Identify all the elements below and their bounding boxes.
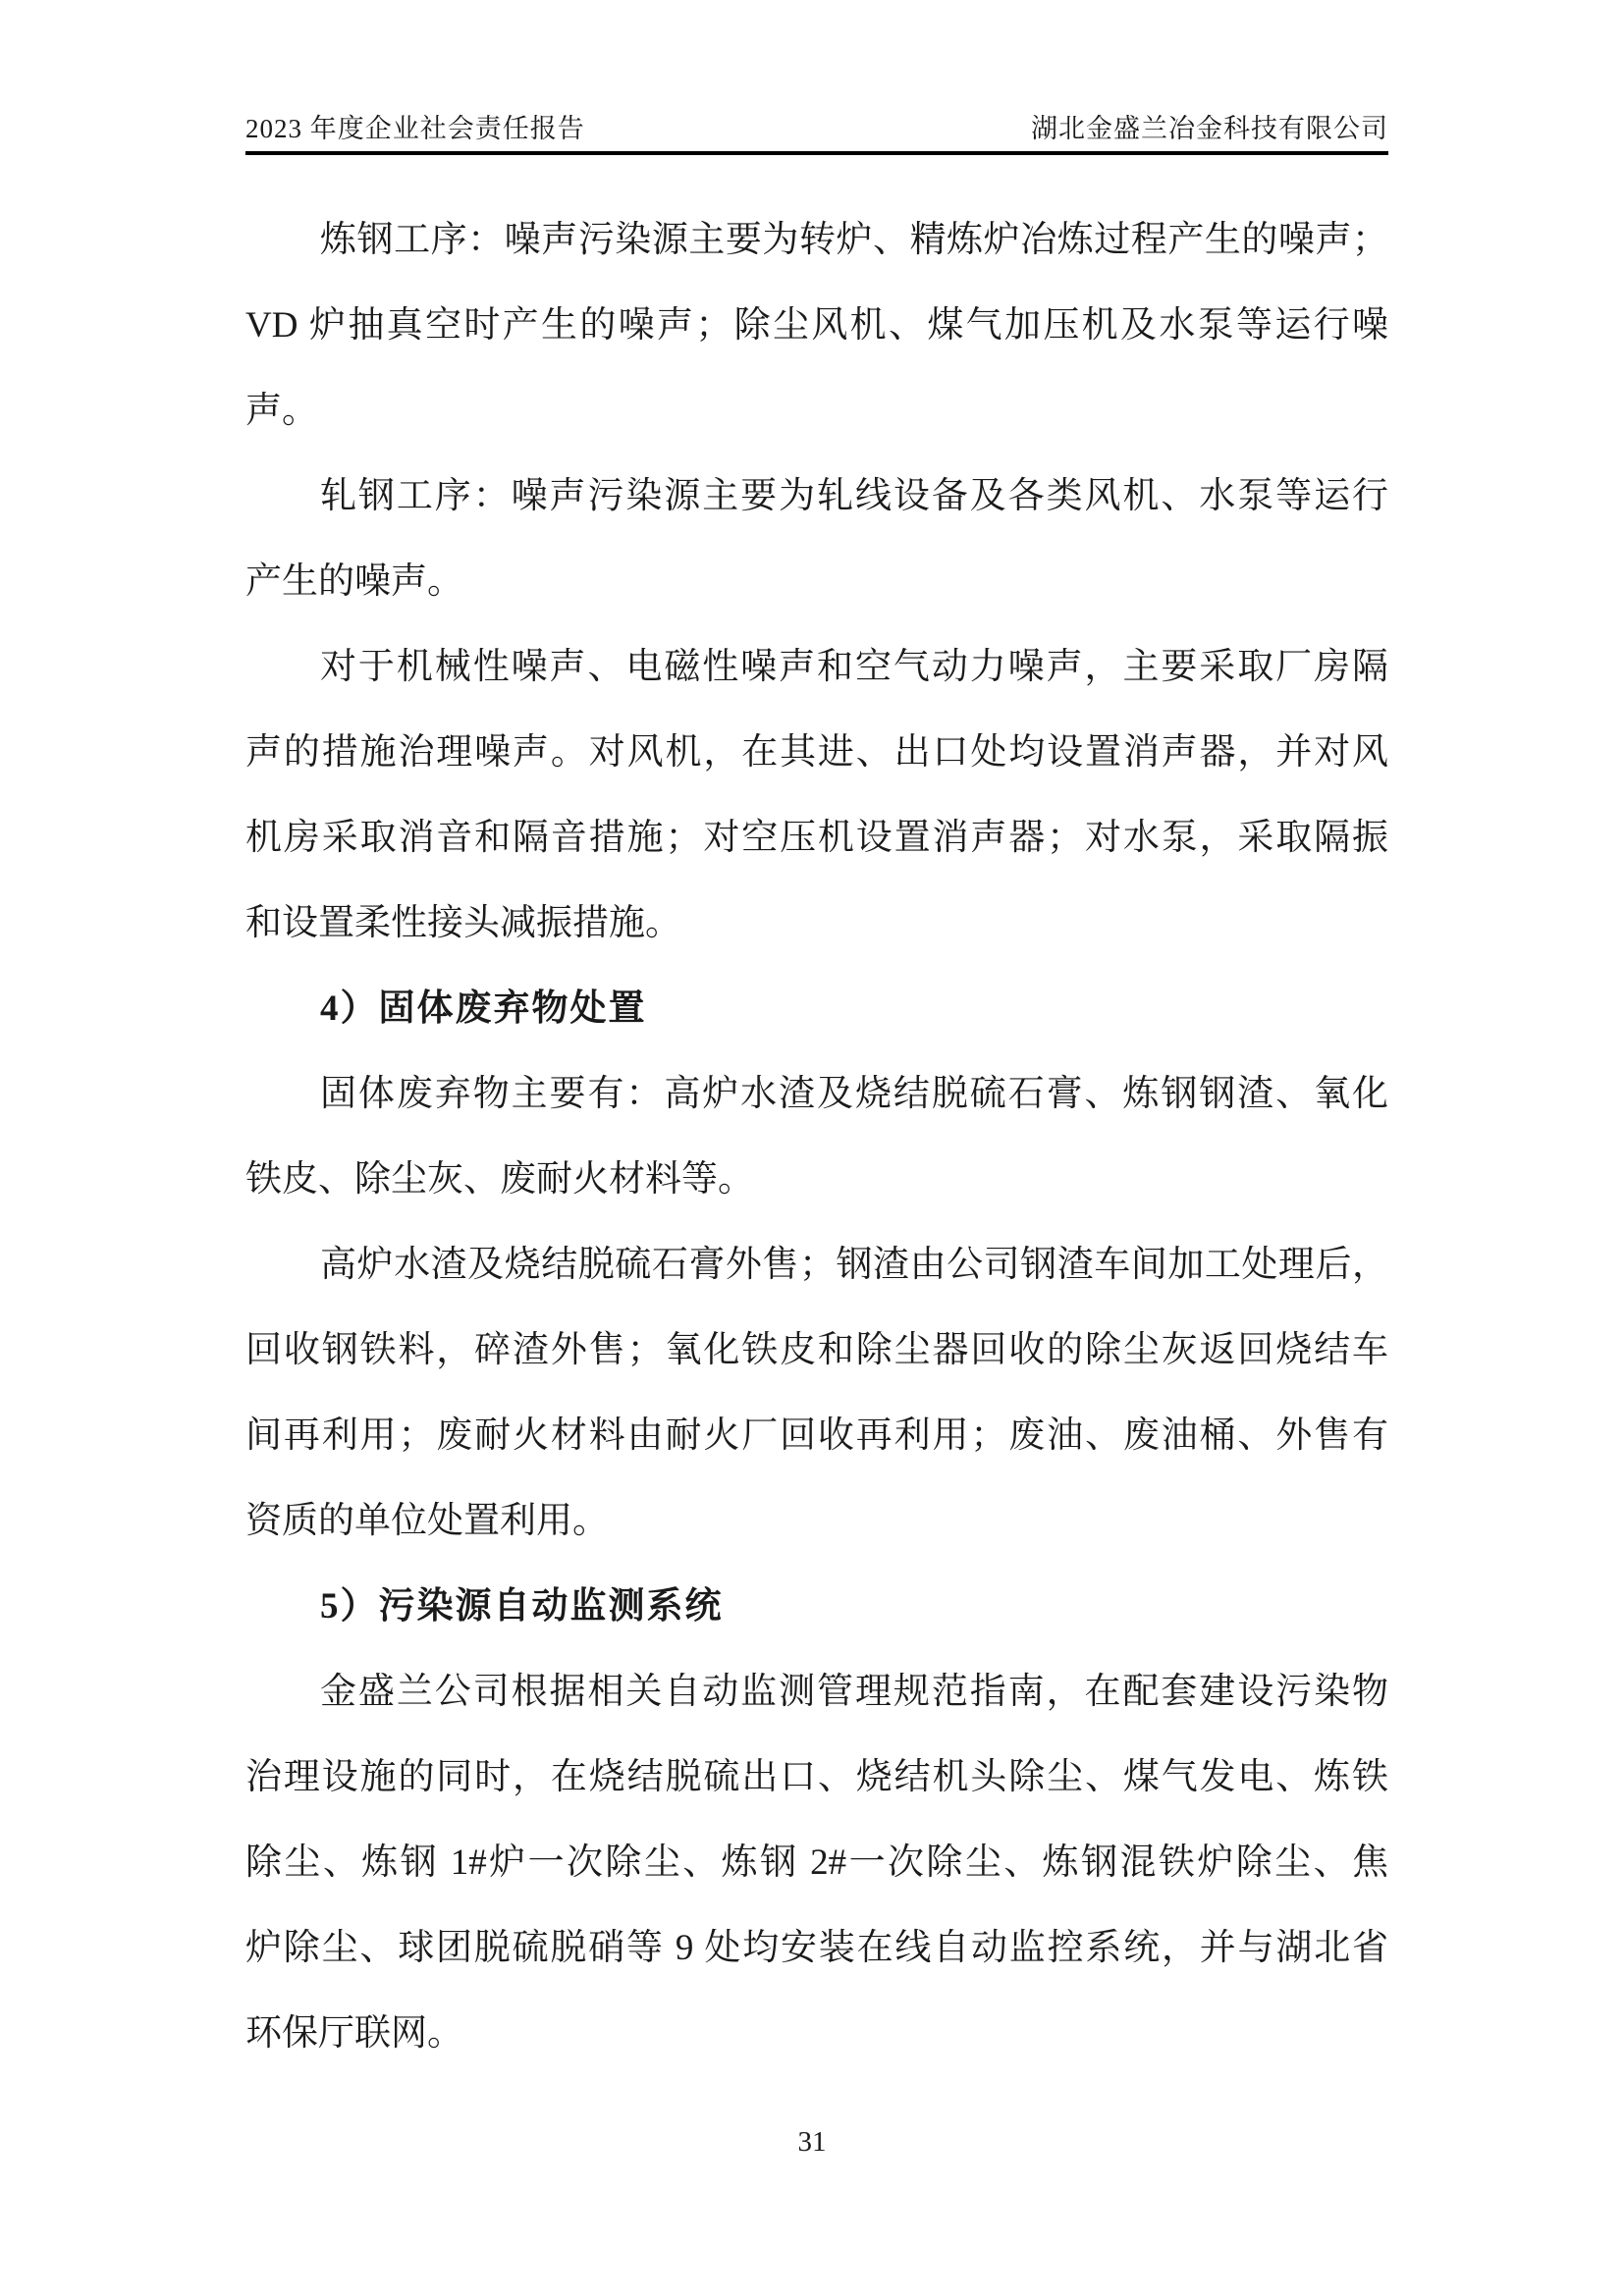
- body-line: 铁皮、除尘灰、废耐火材料等。: [245, 1137, 1388, 1222]
- body-line: VD 炉抽真空时产生的噪声；除尘风机、煤气加压机及水泵等运行噪: [245, 283, 1388, 368]
- body-line: 机房采取消音和隔音措施；对空压机设置消声器；对水泵，采取隔振: [245, 795, 1388, 881]
- section-heading: 5）污染源自动监测系统: [245, 1564, 1388, 1649]
- body-line: 炉除尘、球团脱硫脱硝等 9 处均安装在线自动监控系统，并与湖北省: [245, 1905, 1388, 1991]
- body-line: 和设置柔性接头减振措施。: [245, 881, 1388, 966]
- header-company-name: 湖北金盛兰冶金科技有限公司: [1031, 112, 1388, 145]
- body-line: 高炉水渣及烧结脱硫石膏外售；钢渣由公司钢渣车间加工处理后，: [245, 1222, 1388, 1308]
- body-line: 产生的噪声。: [245, 539, 1388, 624]
- body-line: 声。: [245, 368, 1388, 454]
- body-line: 间再利用；废耐火材料由耐火厂回收再利用；废油、废油桶、外售有: [245, 1393, 1388, 1478]
- body-line: 环保厅联网。: [245, 1991, 1388, 2076]
- body-line: 固体废弃物主要有：高炉水渣及烧结脱硫石膏、炼钢钢渣、氧化: [245, 1051, 1388, 1137]
- report-page: 2023 年度企业社会责任报告 湖北金盛兰冶金科技有限公司 炼钢工序：噪声污染源…: [0, 0, 1624, 2296]
- document-body: 炼钢工序：噪声污染源主要为转炉、精炼炉冶炼过程产生的噪声；VD 炉抽真空时产生的…: [245, 197, 1388, 2076]
- body-line: 金盛兰公司根据相关自动监测管理规范指南，在配套建设污染物: [245, 1649, 1388, 1735]
- section-heading: 4）固体废弃物处置: [245, 966, 1388, 1051]
- body-line: 轧钢工序：噪声污染源主要为轧线设备及各类风机、水泵等运行: [245, 454, 1388, 539]
- page-number: 31: [0, 2125, 1624, 2159]
- body-line: 资质的单位处置利用。: [245, 1478, 1388, 1564]
- body-line: 对于机械性噪声、电磁性噪声和空气动力噪声，主要采取厂房隔: [245, 624, 1388, 710]
- body-line: 治理设施的同时，在烧结脱硫出口、烧结机头除尘、煤气发电、炼铁: [245, 1735, 1388, 1820]
- page-header: 2023 年度企业社会责任报告 湖北金盛兰冶金科技有限公司: [245, 112, 1388, 155]
- header-report-title: 2023 年度企业社会责任报告: [245, 112, 585, 145]
- body-line: 回收钢铁料，碎渣外售；氧化铁皮和除尘器回收的除尘灰返回烧结车: [245, 1308, 1388, 1393]
- body-line: 除尘、炼钢 1#炉一次除尘、炼钢 2#一次除尘、炼钢混铁炉除尘、焦: [245, 1820, 1388, 1905]
- body-line: 炼钢工序：噪声污染源主要为转炉、精炼炉冶炼过程产生的噪声；: [245, 197, 1388, 283]
- body-line: 声的措施治理噪声。对风机，在其进、出口处均设置消声器，并对风: [245, 710, 1388, 795]
